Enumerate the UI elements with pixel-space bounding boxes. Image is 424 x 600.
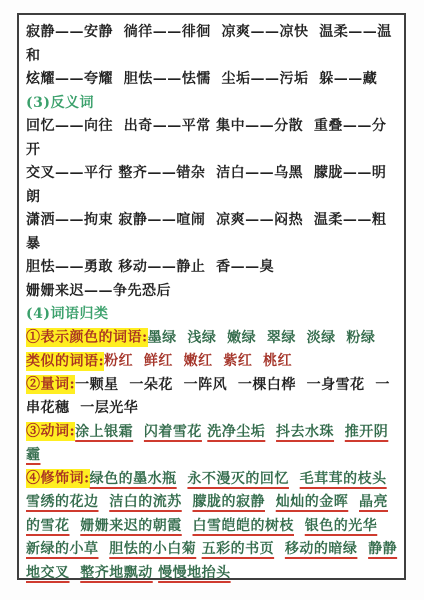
category-label: ①表示颜色的词语: — [26, 328, 148, 347]
category-label: ④修饰词: — [26, 469, 90, 488]
text-segment — [70, 565, 81, 581]
text-segment — [289, 471, 300, 487]
text-segment: 白雪皑皑的树枝 — [193, 518, 295, 534]
text-line: (3)反义词 — [26, 92, 398, 116]
text-segment — [265, 494, 276, 510]
text-segment: 银色的光华 — [305, 518, 378, 534]
text-segment: 洁白的流苏 — [109, 494, 182, 510]
text-line: 雪绣的花边 洁白的流苏 朦胧的寂静 灿灿的金晖 晶亮 — [26, 491, 398, 515]
text-segment — [99, 494, 110, 510]
text-segment: 慢慢地抬头 — [158, 565, 231, 581]
text-segment — [265, 424, 276, 440]
text-segment: 胆怯的小白菊 — [109, 541, 196, 557]
text-segment — [133, 424, 144, 440]
text-segment — [182, 518, 193, 534]
text-segment: 姗姗来迟——争先恐后 — [26, 283, 171, 299]
text-line: 交叉——平行 整齐——错杂 洁白——乌黑 朦胧——明朗 — [26, 162, 398, 209]
text-segment: 寂静——安静 徜徉——徘徊 凉爽——凉快 温柔——温和 — [26, 24, 392, 64]
category-label: ③动词: — [26, 422, 75, 441]
text-segment: 串花穗 一层光华 — [26, 400, 138, 416]
text-segment: 闪着雪花 — [144, 424, 202, 440]
text-segment: 地交叉 — [26, 565, 70, 581]
text-segment: 雪绣的花边 — [26, 494, 99, 510]
text-segment — [177, 471, 188, 487]
text-segment: 墨绿 浅绿 嫩绿 翠绿 淡绿 粉绿 — [148, 330, 376, 346]
text-segment: 姗姗来迟的朝霞 — [80, 518, 182, 534]
text-segment — [357, 541, 368, 557]
text-segment: 五彩的书页 — [202, 541, 275, 557]
text-line: 回忆——向往 出奇——平常 集中——分散 重叠——分开 — [26, 115, 398, 162]
category-label: ②量词: — [26, 375, 75, 394]
text-line: 姗姗来迟——争先恐后 — [26, 280, 398, 304]
text-segment — [274, 541, 285, 557]
text-line: 潇洒——拘束 寂静——喧闹 凉爽——闷热 温柔——粗暴 — [26, 209, 398, 256]
text-line: 的雪花 姗姗来迟的朝霞 白雪皑皑的树枝 银色的光华 — [26, 515, 398, 539]
text-segment — [99, 541, 110, 557]
text-segment: 胆怯——勇敢 移动——静止 香——臭 — [26, 259, 274, 275]
text-segment: 洗净尘垢 — [207, 424, 265, 440]
text-line: 地交叉 整齐地飘动 慢慢地抬头 — [26, 562, 398, 586]
text-line: 串花穗 一层光华 — [26, 397, 398, 421]
text-segment: 静静 — [368, 541, 397, 557]
text-segment — [348, 494, 359, 510]
text-line: ③动词:涂上银霜 闪着雪花 洗净尘垢 抖去水珠 推开阴霾 — [26, 421, 398, 468]
text-segment: 炫耀——夸耀 胆怯——怯懦 尘垢——污垢 躲——藏 — [26, 71, 377, 87]
text-line: 炫耀——夸耀 胆怯——怯懦 尘垢——污垢 躲——藏 — [26, 68, 398, 92]
text-line: 寂静——安静 徜徉——徘徊 凉爽——凉快 温柔——温和 — [26, 21, 398, 68]
text-segment: 整齐地飘动 — [80, 565, 153, 581]
text-segment: 的雪花 — [26, 518, 70, 534]
text-line: (4)词语归类 — [26, 303, 398, 327]
text-segment — [70, 518, 81, 534]
text-segment: 交叉——平行 整齐——错杂 洁白——乌黑 朦胧——明朗 — [26, 165, 386, 205]
text-segment: 潇洒——拘束 寂静——喧闹 凉爽——闷热 温柔——粗暴 — [26, 212, 386, 252]
text-segment: 永不漫灭的回忆 — [187, 471, 289, 487]
text-segment: 抖去水珠 — [276, 424, 334, 440]
text-content: 寂静——安静 徜徉——徘徊 凉爽——凉快 温柔——温和炫耀——夸耀 胆怯——怯懦… — [19, 15, 404, 585]
text-line: ①表示颜色的词语:墨绿 浅绿 嫩绿 翠绿 淡绿 粉绿 — [26, 327, 398, 351]
text-line: ②量词:一颗星 一朵花 一阵风 一棵白桦 一身雪花 一 — [26, 374, 398, 398]
text-segment: 晶亮 — [359, 494, 388, 510]
document-page: 寂静——安静 徜徉——徘徊 凉爽——凉快 温柔——温和炫耀——夸耀 胆怯——怯懦… — [17, 13, 406, 580]
text-segment — [334, 424, 345, 440]
text-segment — [182, 494, 193, 510]
text-segment: 朦胧的寂静 — [193, 494, 266, 510]
text-segment: 回忆——向往 出奇——平常 集中——分散 重叠——分开 — [26, 118, 386, 158]
text-segment: 毛茸茸的枝头 — [300, 471, 387, 487]
section-header: (3)反义词 — [26, 95, 94, 111]
text-segment: 移动的暗绿 — [285, 541, 358, 557]
text-segment: 粉红 鲜红 嫩红 紫红 桃红 — [104, 353, 292, 369]
section-header: (4)词语归类 — [26, 306, 109, 322]
text-line: ④修饰词:绿色的墨水瓶 永不漫灭的回忆 毛茸茸的枝头 — [26, 468, 398, 492]
text-line: 新绿的小草 胆怯的小白菊 五彩的书页 移动的暗绿 静静 — [26, 538, 398, 562]
text-segment: 绿色的墨水瓶 — [90, 471, 177, 487]
text-segment: 新绿的小草 — [26, 541, 99, 557]
category-label: 类似的词语: — [26, 352, 104, 371]
text-segment: 灿灿的金晖 — [276, 494, 349, 510]
text-line: 胆怯——勇敢 移动——静止 香——臭 — [26, 256, 398, 280]
text-segment — [294, 518, 305, 534]
text-line: 类似的词语:粉红 鲜红 嫩红 紫红 桃红 — [26, 350, 398, 374]
text-segment: 涂上银霜 — [75, 424, 133, 440]
text-segment: 一颗星 一朵花 一阵风 一棵白桦 一身雪花 一 — [75, 377, 390, 393]
